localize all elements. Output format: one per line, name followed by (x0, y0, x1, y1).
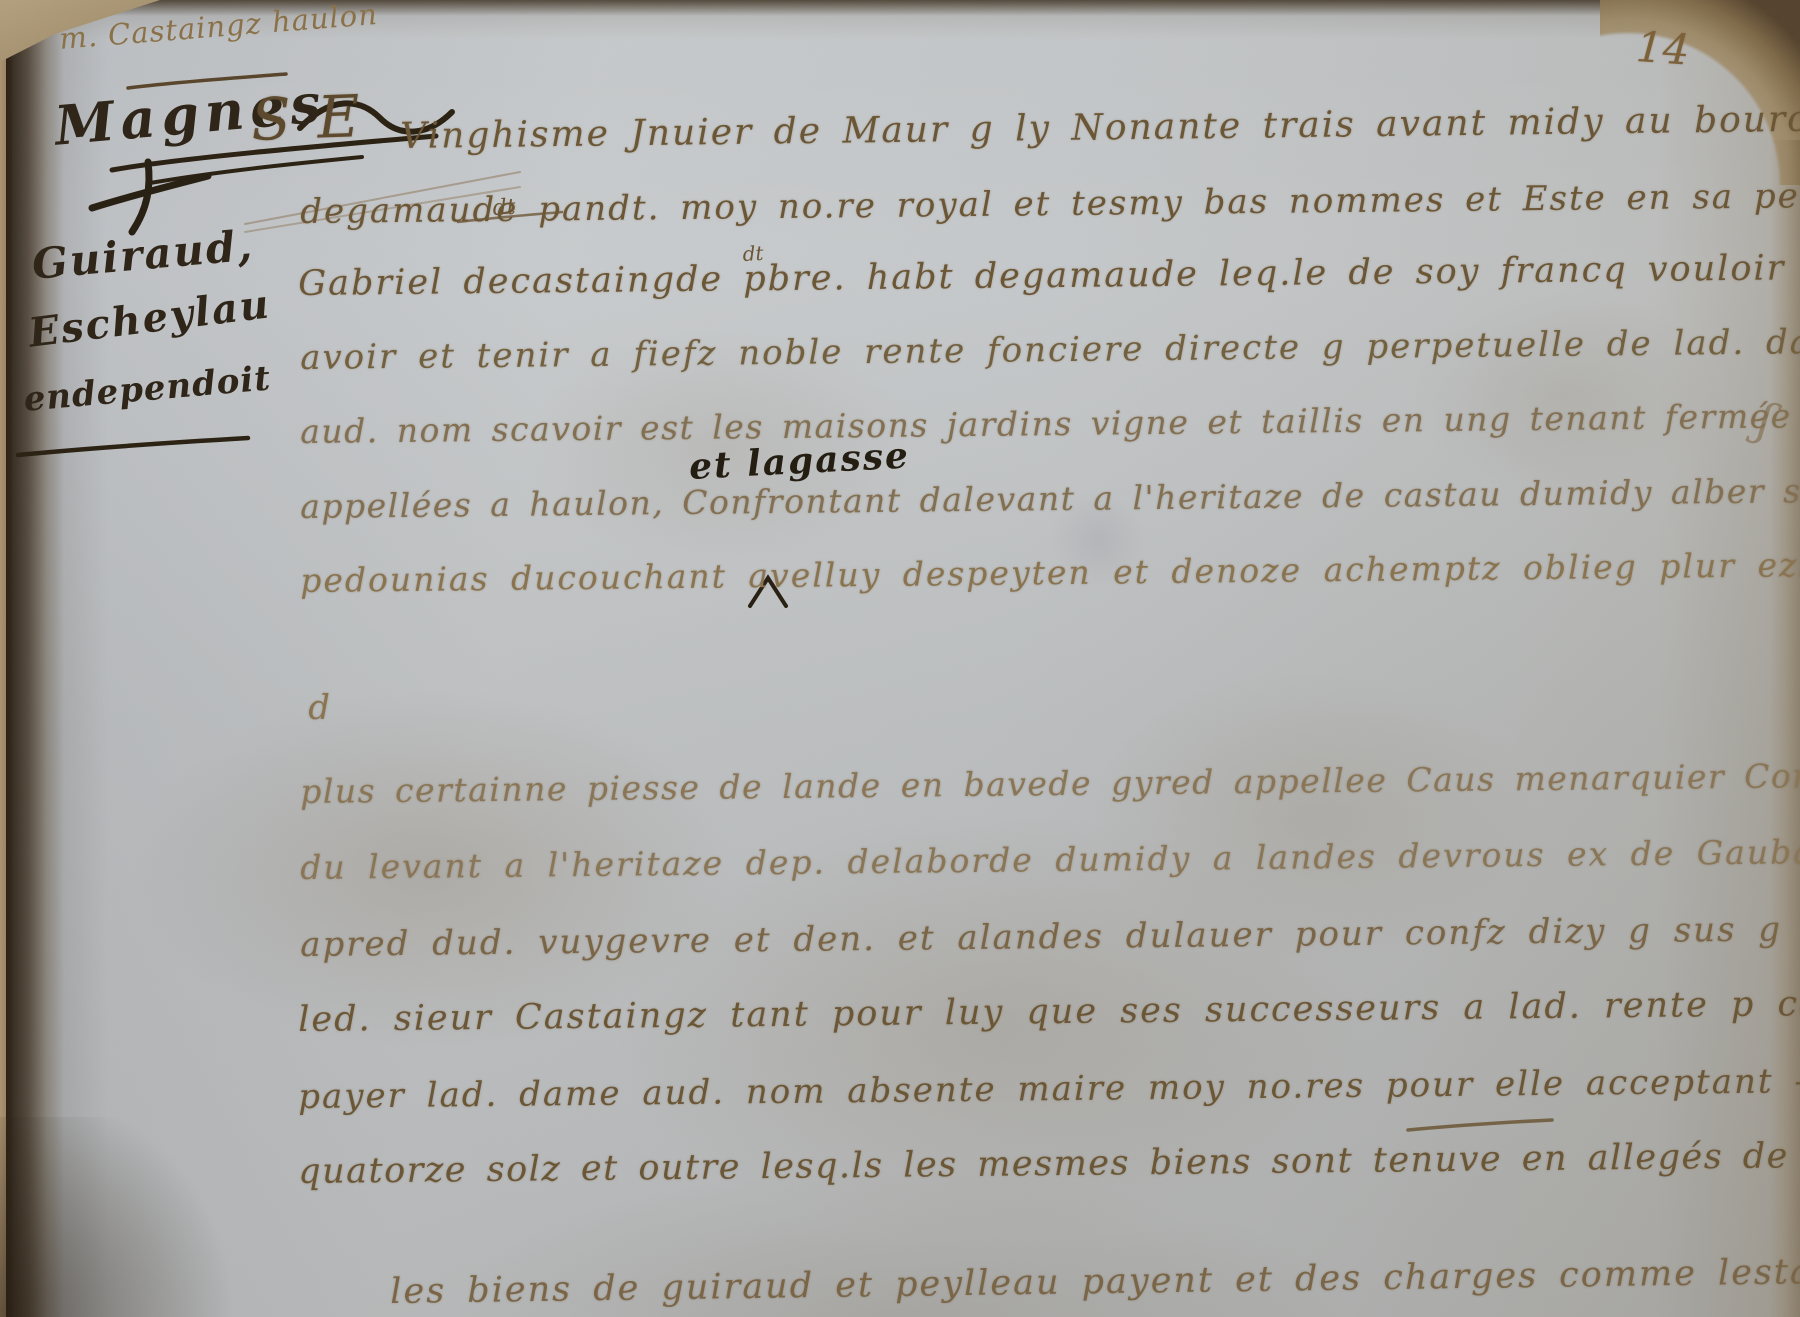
opening-initial: S E (250, 82, 365, 154)
manuscript-photo: 14 m. Castaingz haulon Magnes Guiraud, E… (0, 0, 1800, 1317)
manuscript-line: d (308, 688, 330, 728)
page-number: 14 (1635, 22, 1692, 75)
